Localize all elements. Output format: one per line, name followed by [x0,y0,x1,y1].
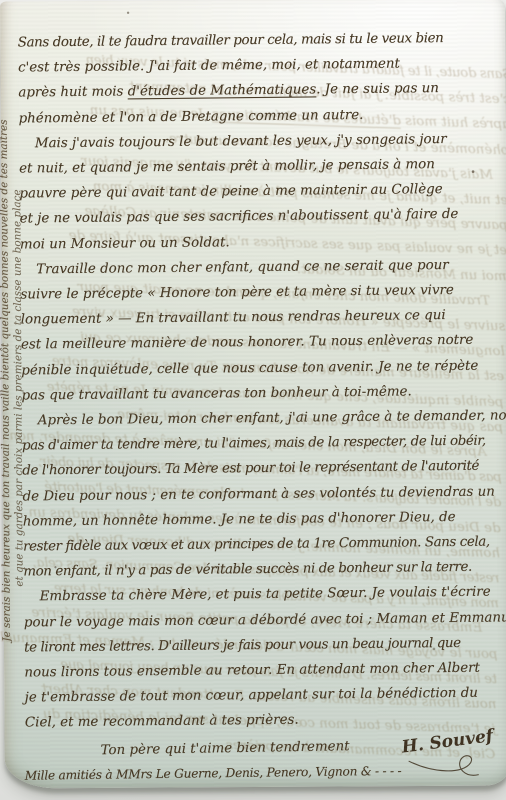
letter-line: Sans doute, il te faudra travailler pour… [18,25,496,55]
letter-paper: Sans doute, il te faudra travailler pour… [0,0,506,789]
underlined-words: d'études de Mathématiques [128,83,317,100]
letter-body: Sans doute, il te faudra travailler pour… [18,25,503,736]
closing-salutation: Ton père qui t'aime bien tendrement [100,739,349,758]
margin-note-inner: et que tu gardes par choix parmi les pre… [11,189,25,586]
letter-line: après huit mois d'études de Mathématique… [18,76,496,106]
letter-line: et je ne voulais pas que ses sacrifices … [19,202,497,232]
letter-line: pénible inquiétude, celle que nous cause… [21,353,499,383]
letter-line: Ciel, et me recommandant à tes prières. [25,706,503,736]
postscript-line: Mille amitiés à MMrs Le Guerne, Denis, P… [25,764,402,783]
